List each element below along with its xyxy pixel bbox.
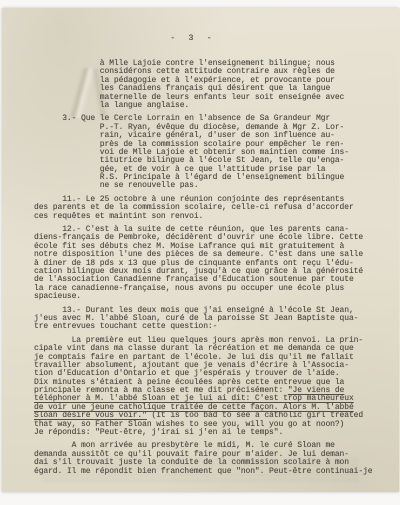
- text-line: la langue anglaise.: [34, 102, 394, 110]
- page-number: - 3 -: [0, 34, 386, 43]
- numbered-item-13: 13.- Durant les deux mois que j'ai ensei…: [34, 307, 394, 332]
- paragraph-presbytery-visit: A mon arrivée au presbytère le midi, M. …: [34, 442, 394, 476]
- text-line: spacieuse.: [34, 293, 394, 301]
- text-line: la race canadienne-française, nous avons…: [34, 285, 394, 293]
- numbered-item-11: 11.- Le 25 octobre à une réunion conjoin…: [34, 196, 394, 221]
- document-text: à Mlle Lajoie contre l'enseignement bili…: [34, 60, 394, 481]
- numbered-item-12: 12.- C'est à la suite de cette réunion, …: [34, 226, 394, 302]
- text-line: égard. Il me répondit bien franchement q…: [34, 468, 394, 476]
- paragraph-first-interview: La première eut lieu quelques jours aprè…: [34, 337, 394, 438]
- numbered-item-3: 3.- Que le Cercle Lorrain en l'absence d…: [34, 115, 394, 191]
- scanned-document-screenshot: { "document": { "page_number": "- 3 -", …: [0, 0, 400, 505]
- text-line: tre entrevues touchant cette question:-: [34, 323, 394, 331]
- text-line: Je répondis: "Peut-être, j'irai si j'en …: [34, 429, 394, 437]
- text-line: ces requêtes et maintint son renvoi.: [34, 213, 394, 221]
- continuation-indented-paragraph: à Mlle Lajoie contre l'enseignement bili…: [34, 60, 394, 110]
- text-line: ne se renouvelle pas.: [34, 182, 394, 190]
